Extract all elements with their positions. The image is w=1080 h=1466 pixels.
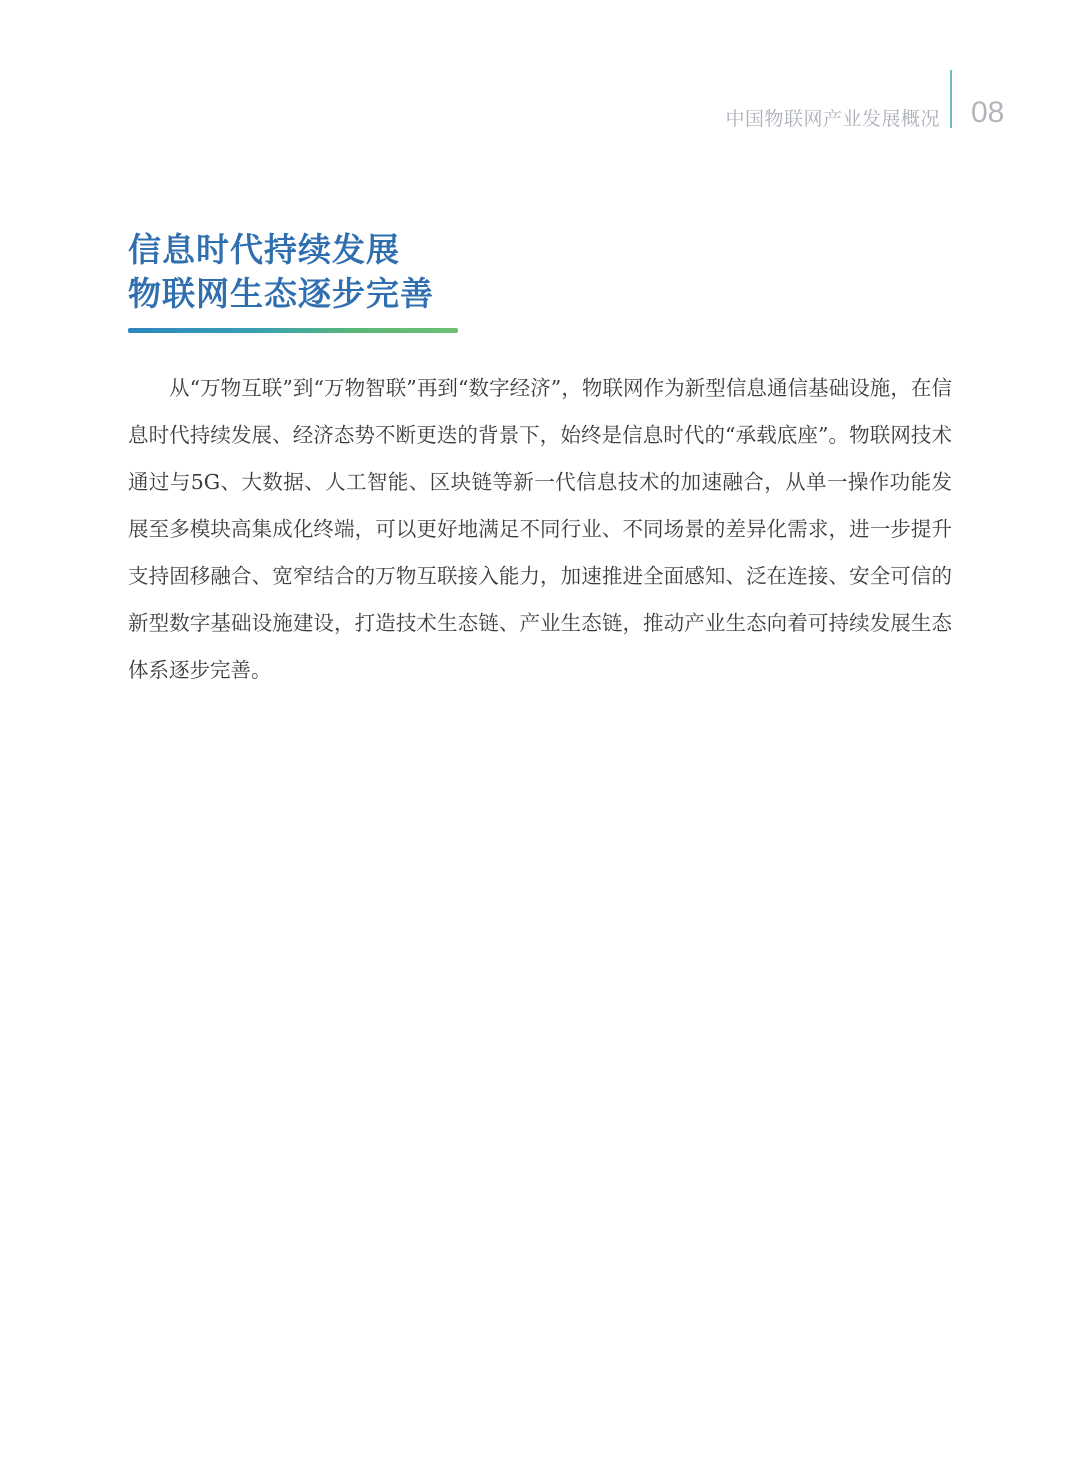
body-paragraph: 从“万物互联”到“万物智联”再到“数字经济”，物联网作为新型信息通信基础设施，在… — [128, 365, 952, 694]
page-header: 中国物联网产业发展概况 08 — [0, 70, 1080, 130]
page-number: 08 — [971, 96, 1004, 130]
report-title: 中国物联网产业发展概况 — [725, 104, 940, 131]
section-title-line-1: 信息时代持续发展 — [128, 228, 434, 272]
section-title-line-2: 物联网生态逐步完善 — [128, 272, 434, 316]
section-title: 信息时代持续发展 物联网生态逐步完善 — [128, 228, 434, 316]
title-underline-rule — [128, 328, 458, 333]
header-divider — [950, 70, 952, 128]
